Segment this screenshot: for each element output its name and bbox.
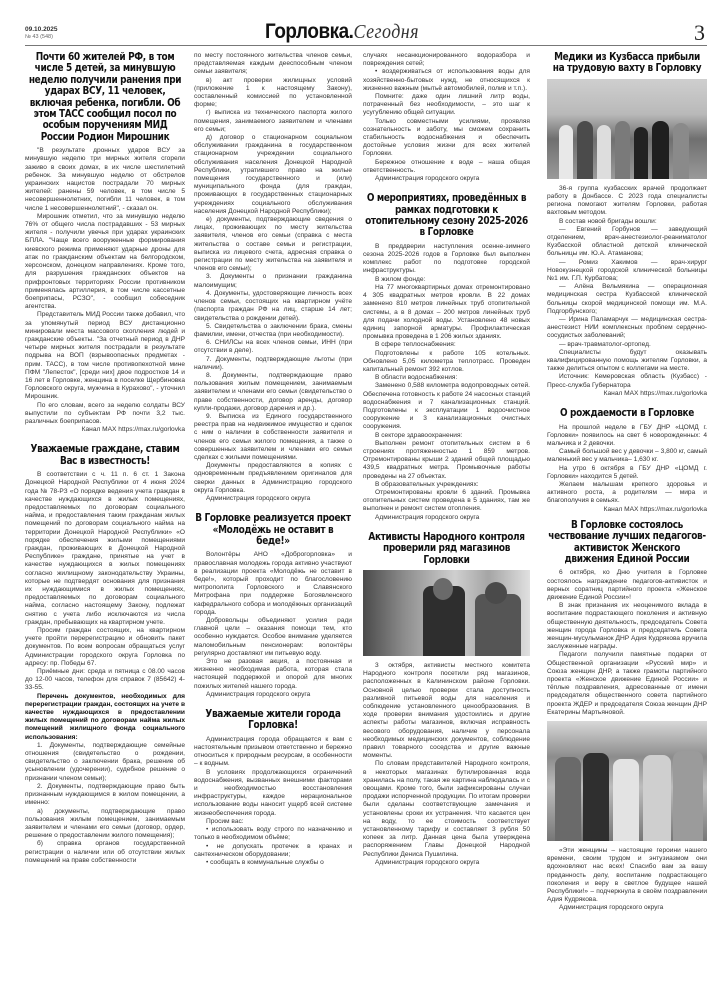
paragraph: д) договор о стационарном социальном обс… bbox=[194, 134, 352, 216]
signature: Администрация городского округа bbox=[194, 691, 352, 699]
signature: Администрация городского округа bbox=[194, 495, 352, 503]
list-item: — Ромиз Хакимов — врач-хирург Новокузнец… bbox=[547, 259, 707, 284]
article-headline: В Горловке реализуется проект «Молодёжь … bbox=[195, 513, 352, 547]
article-kuzbass-medics: Медики из Кузбасса прибыли на трудовую в… bbox=[547, 52, 707, 398]
paragraph: 5. Свидетельства о заключении брака, сме… bbox=[194, 323, 352, 339]
article-headline: Медики из Кузбасса прибыли на трудовую в… bbox=[548, 52, 706, 75]
article-headline: Уважаемые граждане, ставим Вас в известн… bbox=[26, 444, 184, 467]
paragraph: По его словам, всего за неделю солдаты В… bbox=[25, 402, 185, 427]
paragraph: В секторе здравоохранения: bbox=[363, 432, 530, 440]
list-item: — Евгений Горбунов — заведующий отделени… bbox=[547, 226, 707, 259]
article-teachers-award: В Горловке состоялось чествование лучших… bbox=[547, 520, 707, 913]
paragraph: Представитель МИД России также добавил, … bbox=[25, 311, 185, 401]
paragraph: Подготовлены к работе 105 котельных. Обн… bbox=[363, 350, 530, 375]
paragraph: Помните: даже один лишний литр воды, пот… bbox=[363, 93, 530, 118]
paragraph: На 77 многоквартирных домах отремонтиров… bbox=[363, 284, 530, 341]
article-headline: В Горловке состоялось чествование лучших… bbox=[548, 520, 706, 566]
masthead: 09.10.2025 № 43 (548) Горловка.Сегодня 3 bbox=[25, 18, 707, 46]
paragraph: Администрация города обращается к вам с … bbox=[194, 736, 352, 769]
paragraph: по месту постоянного жительства членов с… bbox=[194, 52, 352, 77]
list-item: • сообщать в коммунальные службы о bbox=[194, 859, 352, 867]
paragraph-bold: Перечень документов, необходимых для пер… bbox=[25, 693, 185, 742]
paragraph: Бережное отношение к воде – наша общая о… bbox=[363, 159, 530, 175]
paragraph: В соответствии с ч. 11 п. 6 ст. 1 Закона… bbox=[25, 471, 185, 627]
paragraph: 8. Документы, подтверждающие право польз… bbox=[194, 372, 352, 413]
paragraph: В сфере теплоснабжения: bbox=[363, 341, 530, 349]
source-link[interactable]: Канал MAX https://max.ru/gorlovka bbox=[547, 390, 707, 398]
article-water-appeal: Уважаемые жители города Горловка! Админи… bbox=[194, 709, 352, 867]
article-heating-season: О мероприятиях, проведённых в рамках под… bbox=[363, 193, 530, 522]
paragraph: 1. Документы, подтверждающие семейные от… bbox=[25, 742, 185, 783]
paragraph: В образовательных учреждениях: bbox=[363, 481, 530, 489]
photo-shop-inspection bbox=[363, 570, 530, 656]
article-birth-rate: О рождаемости в Горловке На прошлой неде… bbox=[547, 408, 707, 514]
source-link[interactable]: Канал MAX https://max.ru/gorlovka bbox=[25, 426, 185, 434]
paragraph: Заменено 0,588 километра водопроводных с… bbox=[363, 382, 530, 431]
article-headline: Почти 60 жителей РФ, в том числе 5 детей… bbox=[26, 52, 184, 143]
list-item: — Ирина Паламарчук — медицинская сестра-… bbox=[547, 316, 707, 341]
paragraph: В преддверии наступления осенне-зимнего … bbox=[363, 243, 530, 276]
paragraph: Самый большой вес у девочки – 3,800 кг, … bbox=[547, 448, 707, 464]
article-headline: О мероприятиях, проведённых в рамках под… bbox=[364, 193, 528, 239]
article-peoples-control: Активисты Народного контроля проверили р… bbox=[363, 532, 530, 867]
paragraph: "В результате дронных ударов ВСУ за мину… bbox=[25, 147, 185, 213]
paragraph: 6. СНИЛСы на всех членов семьи, ИНН (при… bbox=[194, 339, 352, 355]
article-miroshnik: Почти 60 жителей РФ, в том числе 5 детей… bbox=[25, 52, 185, 434]
page-number: 3 bbox=[694, 20, 705, 46]
article-headline: Активисты Народного контроля проверили р… bbox=[364, 532, 528, 566]
paragraph: случаях несанкционированного водоразбора… bbox=[363, 52, 530, 68]
newspaper-title: Горловка.Сегодня bbox=[265, 20, 419, 44]
list-item: • воздерживаться от использования воды д… bbox=[363, 68, 530, 93]
paragraph: б) справка органов государственной регис… bbox=[25, 840, 185, 865]
paragraph: 2. Документы, подтверждающие право быть … bbox=[25, 783, 185, 808]
paragraph: 3 октября, активисты местного комитета Н… bbox=[363, 662, 530, 760]
paragraph: В жилом фонде: bbox=[363, 276, 530, 284]
column-4: Медики из Кузбасса прибыли на трудовую в… bbox=[547, 52, 707, 997]
paragraph: Педагоги получили памятные подарки от Об… bbox=[547, 651, 707, 717]
paragraph: 9. Выписка из Единого государственного р… bbox=[194, 413, 352, 462]
issue-date: 09.10.2025 bbox=[25, 26, 58, 33]
paragraph: Специалисты будут оказывать квалифициров… bbox=[547, 349, 707, 374]
photo-teachers-group bbox=[547, 721, 707, 841]
paragraph: На прошлой неделе в ГБУ ДНР «ЦОМД г. Гор… bbox=[547, 424, 707, 449]
paragraph: В условиях продолжающихся ограничений во… bbox=[194, 769, 352, 818]
paragraph: Документы предоставляются в копиях с одн… bbox=[194, 462, 352, 495]
paragraph: «Эти женщины – настоящие героини нашего … bbox=[547, 847, 707, 904]
paragraph: 3. Документы о признании гражданина мало… bbox=[194, 273, 352, 289]
paragraph: Источник: Кемеровская область (Кузбасс) … bbox=[547, 373, 707, 389]
paragraph: 36-я группа кузбасских врачей продолжает… bbox=[547, 185, 707, 218]
article-youth-project: В Горловке реализуется проект «Молодёжь … bbox=[194, 513, 352, 699]
paragraph: Волонтёры АНО «Доброгорловка» и правосла… bbox=[194, 551, 352, 617]
paragraph: Приёмные дни: среда и пятница с 08.00 ча… bbox=[25, 668, 185, 693]
paragraph: Просим вас: bbox=[194, 818, 352, 826]
paragraph: Мирошник отметил, что за минувшую неделю… bbox=[25, 213, 185, 311]
signature: Администрация городского округа bbox=[363, 514, 530, 522]
paragraph: в) акт проверки жилищных условий (прилож… bbox=[194, 77, 352, 110]
list-item: — врач-травматолог-ортопед. bbox=[547, 341, 707, 349]
paragraph: По словам представителей Народного контр… bbox=[363, 760, 530, 858]
paragraph: Желаем малышам крепкого здоровья и актив… bbox=[547, 481, 707, 506]
photo-medics-group bbox=[547, 79, 707, 179]
paragraph: г) выписка из технического паспорта жило… bbox=[194, 109, 352, 134]
paragraph: е) документы, подтверждающие сведения о … bbox=[194, 216, 352, 273]
paragraph: В знак признания их неоценимого вклада в… bbox=[547, 602, 707, 651]
paragraph: Выполнен ремонт отопительных систем в 6 … bbox=[363, 440, 530, 481]
paragraph: На утро 6 октября в ГБУ ДНР «ЦОМД г. Гор… bbox=[547, 465, 707, 481]
column-1: Почти 60 жителей РФ, в том числе 5 детей… bbox=[25, 52, 185, 997]
list-item: • использовать воду строго по назначению… bbox=[194, 826, 352, 842]
source-link[interactable]: Канал MAX https://max.ru/gorlovka bbox=[547, 506, 707, 514]
article-headline: О рождаемости в Горловке bbox=[548, 408, 706, 419]
list-item: • не допускать протечек в кранах и санте… bbox=[194, 843, 352, 859]
paragraph: 7. Документы, подтверждающие льготы (при… bbox=[194, 356, 352, 372]
paragraph: Просим граждан состоящих, на квартирном … bbox=[25, 627, 185, 668]
signature: Администрация городского округа bbox=[363, 175, 530, 183]
column-3: случаях несанкционированного водоразбора… bbox=[363, 52, 530, 997]
article-headline: Уважаемые жители города Горловка! bbox=[195, 709, 352, 732]
list-item: — Алёна Вельмякина — операционная медици… bbox=[547, 283, 707, 316]
title-sub: Сегодня bbox=[353, 21, 418, 43]
paragraph: В состав новой бригады вошли: bbox=[547, 218, 707, 226]
paragraph: 4. Документы, удостоверяющие личность вс… bbox=[194, 290, 352, 323]
paragraph: Только совместными усилиями, проявляя со… bbox=[363, 118, 530, 159]
paragraph: Добровольцы объединяют усилия ради главн… bbox=[194, 617, 352, 658]
paragraph: а) документы, подтверждающие право польз… bbox=[25, 808, 185, 841]
column-2: по месту постоянного жительства членов с… bbox=[194, 52, 352, 997]
title-main: Горловка. bbox=[265, 20, 353, 43]
issue-number: № 43 (548) bbox=[25, 34, 53, 40]
paragraph: 6 октября, ко Дню учителя в Горловке сос… bbox=[547, 569, 707, 602]
paragraph: Это не разовая акция, а постоянная и жиз… bbox=[194, 658, 352, 691]
signature: Администрация городского округа bbox=[547, 904, 707, 912]
paragraph: Отремонтированы кровли 6 зданий. Промывк… bbox=[363, 489, 530, 514]
signature: Администрация городского округа bbox=[363, 859, 530, 867]
article-housing-notice: Уважаемые граждане, ставим Вас в известн… bbox=[25, 444, 185, 865]
